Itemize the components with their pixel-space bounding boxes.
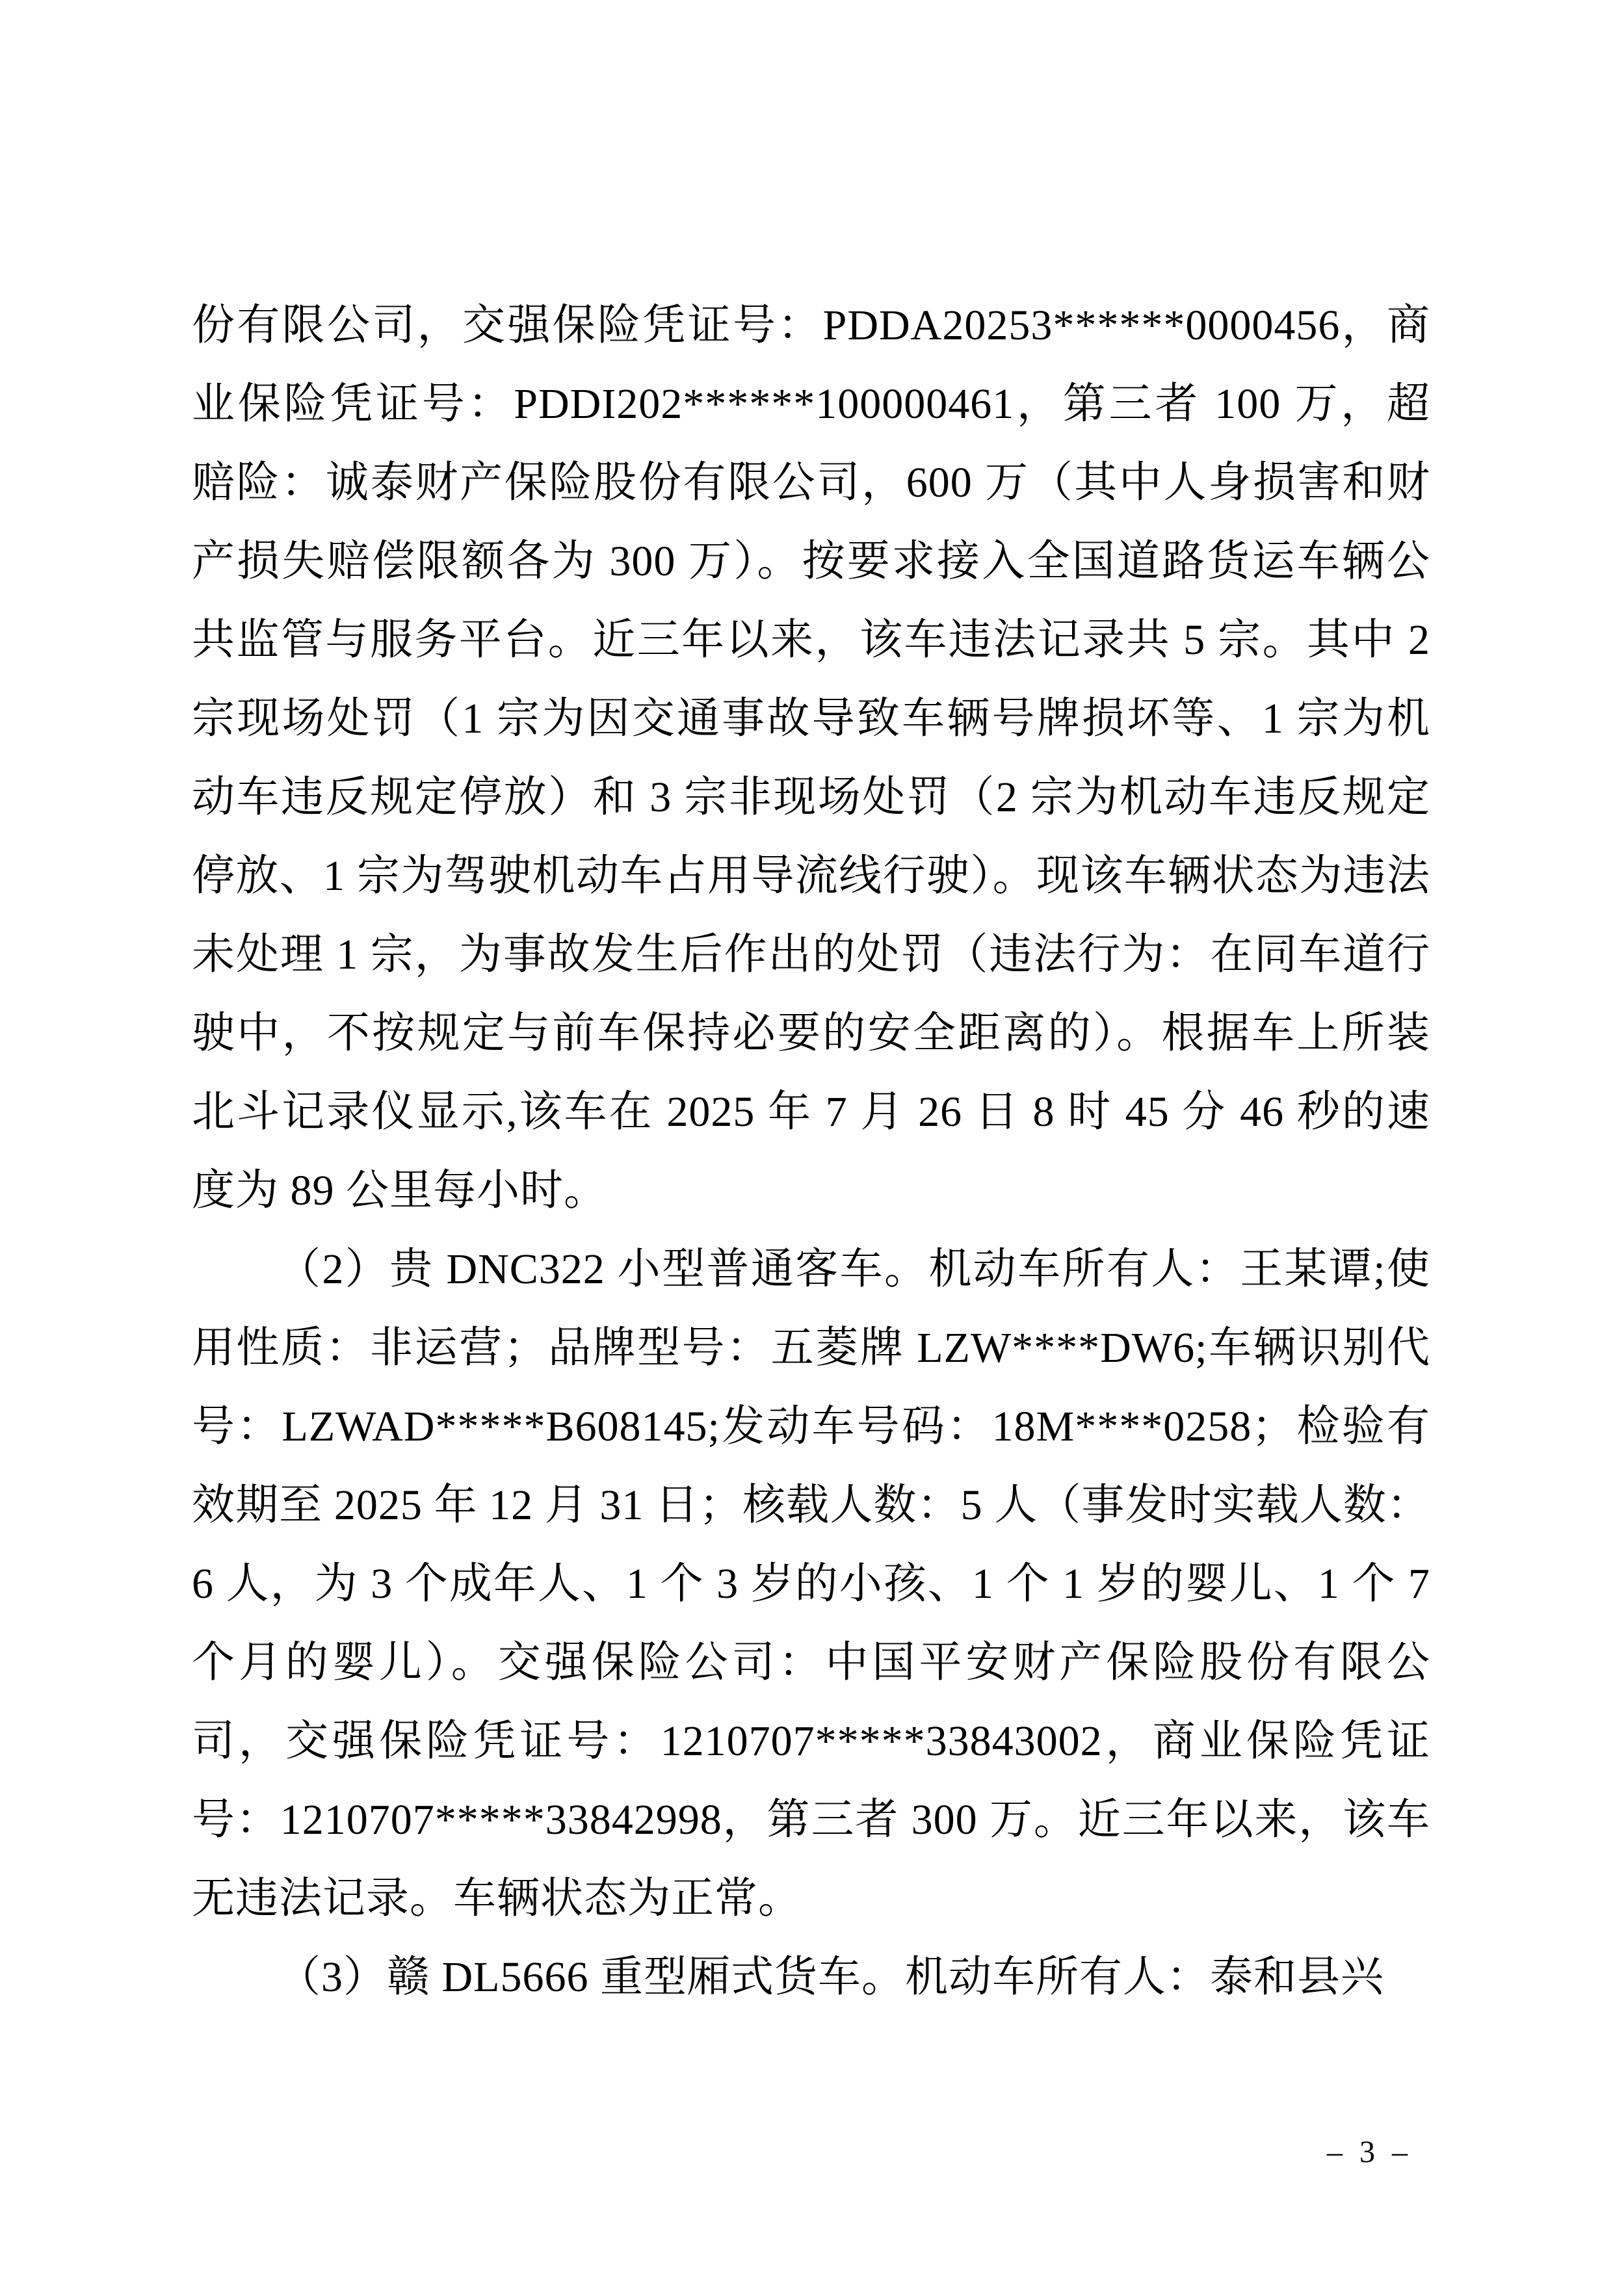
paragraph-vehicle1-insurance-violations: 份有限公司，交强保险凭证号：PDDA20253******0000456，商业保… [192,286,1430,1230]
document-body: 份有限公司，交强保险凭证号：PDDA20253******0000456，商业保… [192,286,1430,2016]
paragraph-vehicle2-gui-dnc322: （2）贵 DNC322 小型普通客车。机动车所有人：王某谭;使用性质：非运营；品… [192,1230,1430,1938]
page-number: – 3 – [1327,2134,1408,2171]
document-page: 份有限公司，交强保险凭证号：PDDA20253******0000456，商业保… [0,0,1613,2296]
paragraph-vehicle3-gan-dl5666: （3）赣 DL5666 重型厢式货车。机动车所有人：泰和县兴 [192,1938,1430,2016]
